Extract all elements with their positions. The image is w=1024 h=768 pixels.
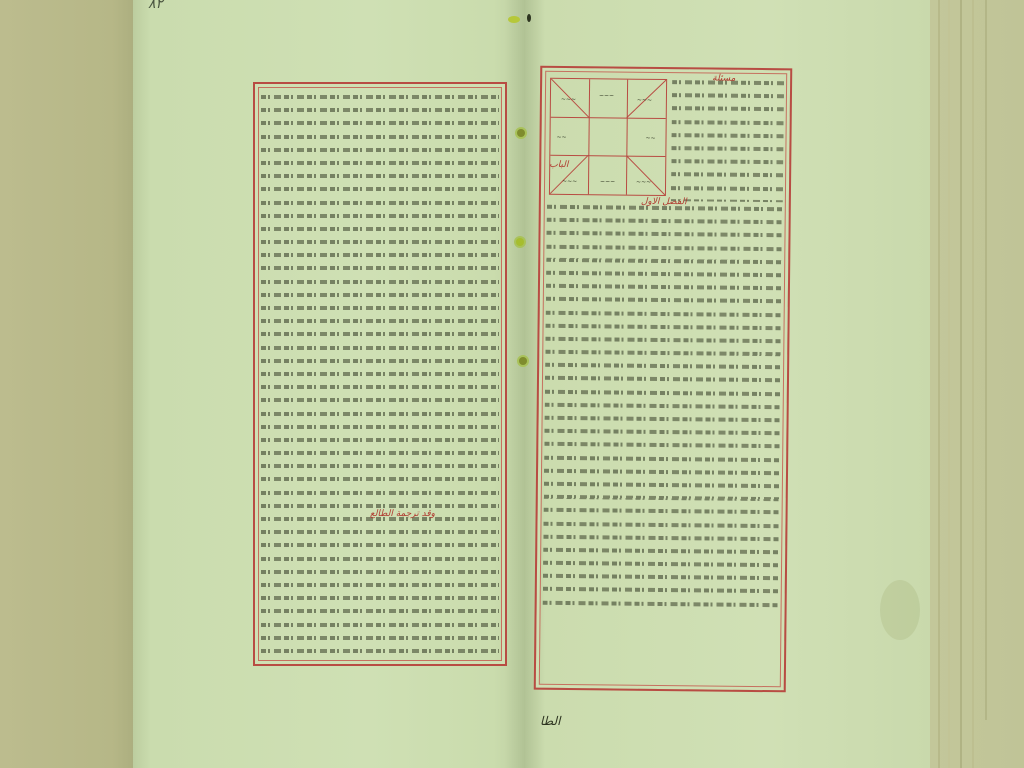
section-rubric: الفصل الاول bbox=[641, 197, 687, 207]
paper-stain bbox=[880, 580, 920, 640]
manuscript-text-line bbox=[261, 156, 499, 169]
manuscript-text-line bbox=[261, 222, 499, 235]
manuscript-text-line bbox=[261, 591, 499, 604]
svg-text:~~: ~~ bbox=[556, 134, 566, 141]
manuscript-text-line bbox=[261, 538, 499, 551]
manuscript-text-line bbox=[261, 472, 499, 485]
manuscript-text-line bbox=[671, 181, 783, 195]
manuscript-text-line bbox=[261, 657, 499, 658]
manuscript-text-line bbox=[261, 552, 499, 565]
manuscript-text-line bbox=[261, 116, 499, 129]
manuscript-text-line bbox=[261, 341, 499, 354]
manuscript-text-line bbox=[261, 209, 499, 222]
manuscript-text-line bbox=[261, 288, 499, 301]
background-surface-right bbox=[930, 0, 1024, 768]
manuscript-text-line bbox=[261, 354, 499, 367]
manuscript-text-line bbox=[671, 154, 783, 168]
manuscript-text-line bbox=[261, 103, 499, 116]
folio-number: ٨٢ bbox=[148, 0, 163, 12]
catchword: الطا bbox=[540, 714, 561, 728]
binding-hole bbox=[517, 129, 525, 137]
manuscript-text-line bbox=[261, 393, 499, 406]
manuscript-text-line bbox=[261, 90, 499, 103]
manuscript-text-line bbox=[261, 525, 499, 538]
manuscript-text-line bbox=[672, 88, 784, 102]
manuscript-text-line bbox=[261, 261, 499, 274]
manuscript-text-line bbox=[261, 644, 499, 657]
manuscript-text-line bbox=[671, 141, 783, 155]
binding-hole bbox=[516, 238, 524, 246]
manuscript-text-line bbox=[261, 459, 499, 472]
margin-rubric: الباب bbox=[549, 160, 568, 170]
manuscript-text-line bbox=[261, 604, 499, 617]
left-rubric-heading: وقد ترجمة الطالع bbox=[370, 509, 435, 519]
header-rubric: مسئلة bbox=[712, 73, 735, 83]
right-text-lines bbox=[542, 200, 783, 684]
svg-text:~~~: ~~~ bbox=[637, 97, 652, 104]
manuscript-text-line bbox=[261, 182, 499, 195]
manuscript-text-line bbox=[672, 101, 784, 115]
left-text-lines bbox=[261, 90, 499, 658]
manuscript-text-line bbox=[261, 486, 499, 499]
manuscript-text-line bbox=[261, 169, 499, 182]
manuscript-text-line bbox=[261, 380, 499, 393]
svg-text:~~~: ~~~ bbox=[636, 179, 651, 186]
horoscope-chart-diagonals: ~~~ ~~~ ~~~ ~~ ~~ ~~~ ~~~ ~~~ bbox=[550, 79, 666, 195]
manuscript-text-line bbox=[261, 248, 499, 261]
manuscript-text-line bbox=[261, 327, 499, 340]
page-stack-edge bbox=[972, 0, 974, 768]
manuscript-text-line bbox=[671, 167, 783, 181]
manuscript-text-line bbox=[261, 578, 499, 591]
manuscript-text-line bbox=[261, 367, 499, 380]
manuscript-text-line bbox=[261, 433, 499, 446]
binding-mark bbox=[527, 14, 531, 22]
svg-text:~~~: ~~~ bbox=[562, 178, 577, 185]
manuscript-text-line bbox=[671, 128, 783, 142]
left-text-block: وقد ترجمة الطالع bbox=[253, 82, 507, 666]
manuscript-text-line bbox=[261, 314, 499, 327]
manuscript-text-line bbox=[261, 407, 499, 420]
svg-text:~~: ~~ bbox=[645, 135, 655, 142]
manuscript-text-line bbox=[261, 446, 499, 459]
svg-text:~~~: ~~~ bbox=[599, 92, 614, 99]
manuscript-text-line bbox=[261, 143, 499, 156]
manuscript-text-line bbox=[543, 595, 779, 611]
page-stack-edge bbox=[948, 0, 950, 768]
horoscope-chart: ~~~ ~~~ ~~~ ~~ ~~ ~~~ ~~~ ~~~ bbox=[549, 78, 667, 196]
manuscript-text-line bbox=[261, 196, 499, 209]
manuscript-text-line bbox=[261, 565, 499, 578]
svg-text:~~~: ~~~ bbox=[600, 178, 615, 185]
manuscript-text-line bbox=[672, 115, 784, 129]
svg-text:~~~: ~~~ bbox=[561, 96, 576, 103]
manuscript-text-line bbox=[261, 420, 499, 433]
manuscript-text-line bbox=[261, 301, 499, 314]
page-stack-edge bbox=[938, 0, 940, 768]
manuscript-text-line bbox=[261, 631, 499, 644]
manuscript-text-line bbox=[261, 618, 499, 631]
manuscript-text-line bbox=[261, 235, 499, 248]
binding-hole bbox=[519, 357, 527, 365]
page-stack-edge bbox=[960, 0, 962, 768]
manuscript-text-line bbox=[261, 275, 499, 288]
page-stack-edge bbox=[985, 0, 987, 720]
right-text-lines-beside-chart bbox=[671, 75, 784, 202]
manuscript-text-line bbox=[261, 130, 499, 143]
right-text-block: ~~~ ~~~ ~~~ ~~ ~~ ~~~ ~~~ ~~~ مسئلة البا… bbox=[534, 66, 793, 693]
background-surface-left bbox=[0, 0, 140, 768]
binding-thread bbox=[508, 16, 520, 23]
